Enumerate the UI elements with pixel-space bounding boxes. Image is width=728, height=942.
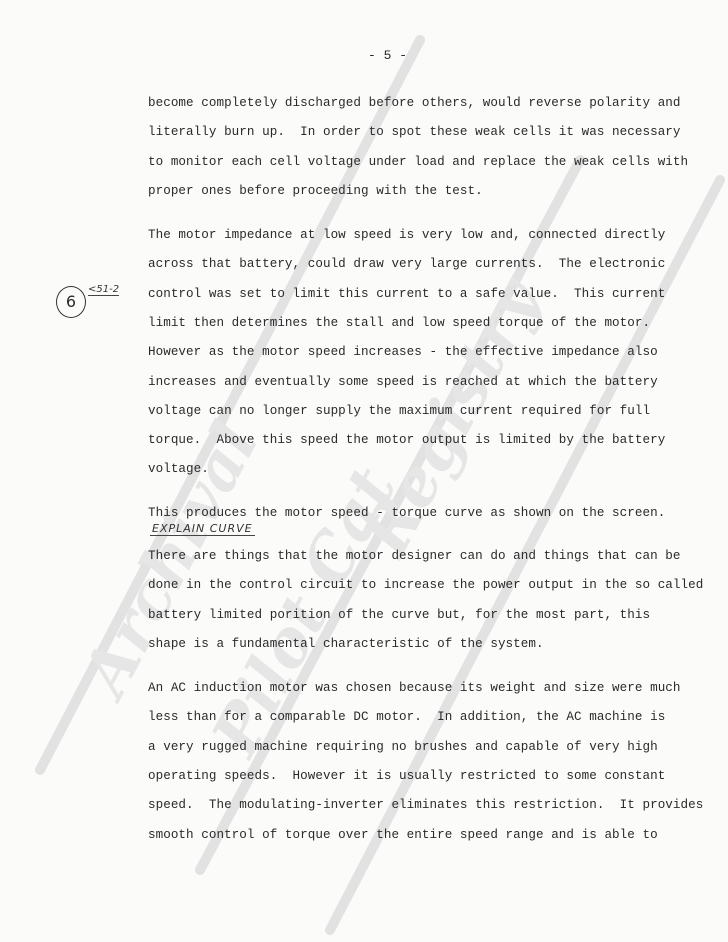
text-line: torque. Above this speed the motor outpu… (148, 433, 665, 447)
margin-code-annotation: <51-2 (88, 284, 119, 296)
text-line: a very rugged machine requiring no brush… (148, 740, 658, 754)
text-line: There are things that the motor designer… (148, 549, 681, 563)
text-line: This produces the motor speed - torque c… (148, 506, 665, 520)
text-line: voltage can no longer supply the maximum… (148, 404, 650, 418)
text-line: done in the control circuit to increase … (148, 578, 703, 592)
text-line: operating speeds. However it is usually … (148, 769, 665, 783)
text-line: The motor impedance at low speed is very… (148, 228, 665, 242)
text-line: shape is a fundamental characteristic of… (148, 637, 544, 651)
text-line: speed. The modulating-inverter eliminate… (148, 798, 703, 812)
text-line: become completely discharged before othe… (148, 96, 681, 110)
page-number: - 5 - (368, 48, 407, 63)
text-line: less than for a comparable DC motor. In … (148, 710, 665, 724)
text-line: An AC induction motor was chosen because… (148, 681, 681, 695)
text-line: increases and eventually some speed is r… (148, 375, 658, 389)
text-line: battery limited porition of the curve bu… (148, 608, 650, 622)
text-line: smooth control of torque over the entire… (148, 828, 658, 842)
text-line: proper ones before proceeding with the t… (148, 184, 483, 198)
circled-number-annotation: 6 (56, 286, 86, 318)
text-line: However as the motor speed increases - t… (148, 345, 658, 359)
text-line: control was set to limit this current to… (148, 287, 665, 301)
handwritten-explain-curve-note: EXPLAIN CURVE (150, 522, 255, 536)
text-line: literally burn up. In order to spot thes… (148, 125, 681, 139)
text-line: across that battery, could draw very lar… (148, 257, 665, 271)
text-line: voltage. (148, 462, 209, 476)
text-line: to monitor each cell voltage under load … (148, 155, 688, 169)
text-line: limit then determines the stall and low … (148, 316, 650, 330)
